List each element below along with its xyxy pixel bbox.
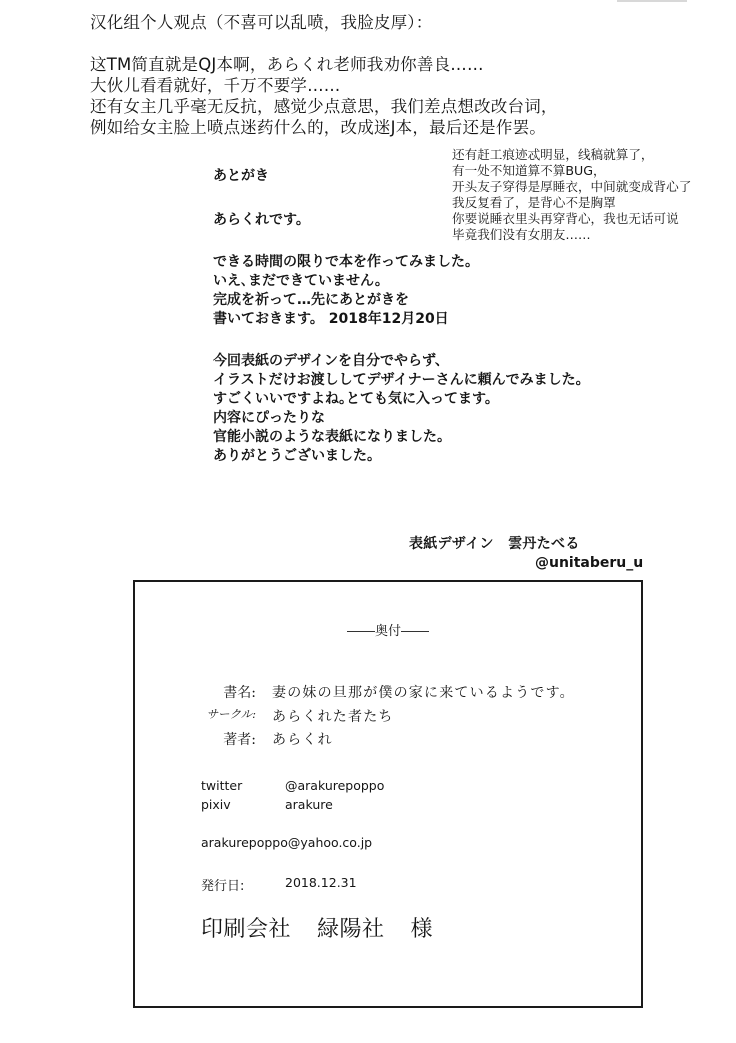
translator-note-line: 例如给女主脸上喷点迷药什么的，改成迷J本，最后还是作罢。	[90, 117, 558, 138]
colophon-title-text: 奥付	[375, 624, 401, 639]
afterword-line: イラストだけお渡ししてデザイナーさんに頼んでみました。	[213, 371, 590, 390]
afterword-line: 内容にぴったりな	[213, 409, 590, 428]
info-label: 書名:	[223, 682, 256, 702]
printer-name: 緑陽社	[317, 917, 385, 942]
contact-email: arakurepoppo@yahoo.co.jp	[201, 835, 372, 850]
afterword-line: 書いておきます。 2018年12月20日	[213, 310, 590, 329]
printer-credit: 印刷会社緑陽社様	[201, 912, 459, 943]
afterword-line: 今回表紙のデザインを自分でやらず、	[213, 352, 590, 371]
contact-twitter: twitter @arakurepoppo	[135, 778, 641, 796]
translator-note-line: 这TM简直就是QJ本啊，あらくれ老师我劝你善良……	[90, 54, 558, 75]
scan-edge-mark	[617, 0, 687, 2]
afterword-title: あとがき	[213, 167, 590, 186]
translator-note: 汉化组个人观点（不喜可以乱喷，我脸皮厚）： 这TM简直就是QJ本啊，あらくれ老师…	[90, 12, 558, 138]
info-value: 妻の妹の旦那が僕の家に来ているようです。	[272, 682, 575, 702]
afterword-line: できる時間の限りで本を作ってみました。	[213, 253, 590, 272]
contact-value: @arakurepoppo	[285, 778, 384, 793]
afterword-line: 完成を祈って…先にあとがきを	[213, 291, 590, 310]
colophon-title: 奥付	[347, 620, 429, 639]
side-note-line: 还有赶工痕迹忒明显，线稿就算了，	[452, 147, 691, 163]
translator-note-heading: 汉化组个人观点（不喜可以乱喷，我脸皮厚）：	[90, 12, 558, 33]
info-value: あらくれ	[272, 729, 333, 749]
translator-note-line: 还有女主几乎毫无反抗，感觉少点意思，我们差点想改改台词，	[90, 96, 558, 117]
publish-date-label: 発行日:	[201, 875, 244, 894]
afterword: あとがき あらくれです。 できる時間の限りで本を作ってみました。 いえ､まだでき…	[213, 167, 590, 466]
cover-designer-handle: @unitaberu_u	[535, 555, 643, 571]
translator-note-line: 大伙儿看看就好，千万不要学……	[90, 75, 558, 96]
printer-honorific: 様	[411, 917, 434, 942]
contact-label: twitter	[201, 778, 242, 793]
contact-pixiv: pixiv arakure	[135, 797, 641, 815]
info-row-title: 書名: 妻の妹の旦那が僕の家に来ているようです。	[135, 682, 641, 702]
info-row-circle: サークル: あらくれた者たち	[135, 706, 641, 726]
info-value: あらくれた者たち	[272, 706, 394, 726]
afterword-greeting: あらくれです。	[213, 211, 590, 230]
info-row-author: 著者: あらくれ	[135, 729, 641, 749]
info-label: 著者:	[223, 729, 256, 749]
title-dash-left	[347, 631, 375, 632]
afterword-line: すごくいいですよね｡とても気に入ってます。	[213, 390, 590, 409]
colophon-box: 奥付 書名: 妻の妹の旦那が僕の家に来ているようです。 サークル: あらくれた者…	[133, 580, 643, 1008]
title-dash-right	[401, 631, 429, 632]
contact-value: arakure	[285, 797, 333, 812]
afterword-line: いえ､まだできていません。	[213, 272, 590, 291]
publish-date-value: 2018.12.31	[285, 875, 357, 890]
printer-label: 印刷会社	[201, 917, 291, 942]
info-label: サークル:	[206, 706, 256, 722]
cover-design-credit: 表紙デザイン 雲丹たべる	[409, 533, 580, 553]
contact-label: pixiv	[201, 797, 231, 812]
afterword-line: 官能小説のような表紙になりました。	[213, 428, 590, 447]
afterword-line: ありがとうございました。	[213, 447, 590, 466]
